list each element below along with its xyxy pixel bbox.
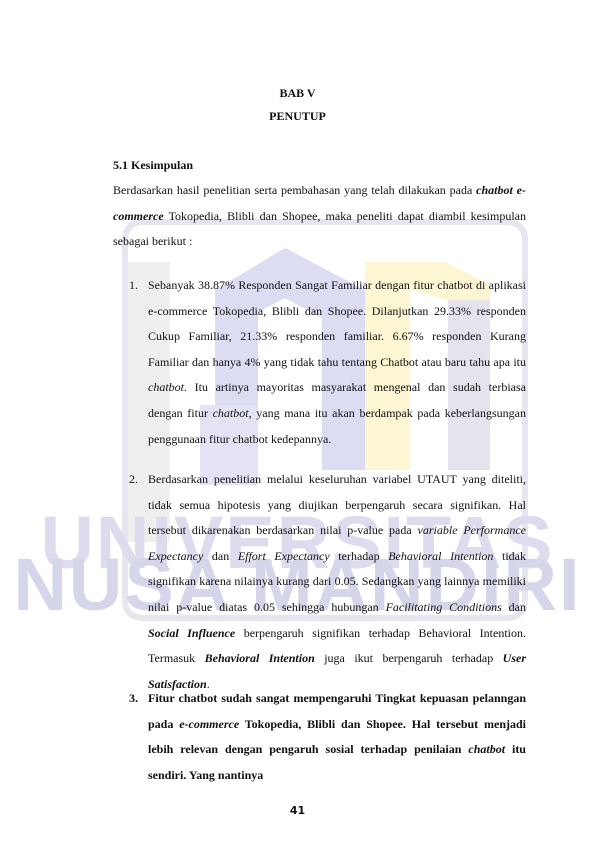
document-page: UNIVERSITAS NUSA MANDIRI BAB V PENUTUP 5… [0,0,595,842]
text-run-bold-italic: Social Influence [148,626,235,640]
list-item-text: Sebanyak 38.87% Responden Sangat Familia… [148,273,526,452]
text-run-italic: chatbot [213,406,249,420]
list-item-number: 1. [129,273,138,299]
chapter-title: PENUTUP [0,109,595,124]
chapter-label: BAB V [0,86,595,101]
list-item-text: Fitur chatbot sudah sangat mempengaruhi … [148,686,526,788]
section-heading: 5.1 Kesimpulan [113,158,193,173]
list-item-number: 2. [129,467,138,493]
text-run: juga ikut berpengaruh terhadap [315,651,503,665]
text-run-bold-italic: Behavioral Intention [205,651,315,665]
text-run-italic: Effort Expectancy [238,549,330,563]
intro-text: Tokopedia, Blibli dan Shopee, maka penel… [113,209,526,249]
text-run: Sebanyak 38.87% Responden Sangat Familia… [148,278,526,369]
text-run-italic: chatbot [468,742,505,756]
list-item-text: Berdasarkan penelitian melalui keseluruh… [148,467,526,697]
text-run-italic: Facilitating Conditions [386,600,502,614]
intro-paragraph: Berdasarkan hasil penelitian serta pemba… [113,178,526,255]
page-content: BAB V PENUTUP 5.1 Kesimpulan Berdasarkan… [0,0,595,842]
intro-text: Berdasarkan hasil penelitian serta pemba… [113,183,476,197]
text-run-italic: e-commerce [179,717,239,731]
text-run: terhadap [330,549,388,563]
text-run-italic: chatbot [148,380,184,394]
list-item-number: 3. [129,686,138,712]
text-run-italic: Behavioral Intention [388,549,493,563]
text-run: dan [203,549,238,563]
text-run: dan [502,600,526,614]
page-number: 41 [0,804,595,817]
